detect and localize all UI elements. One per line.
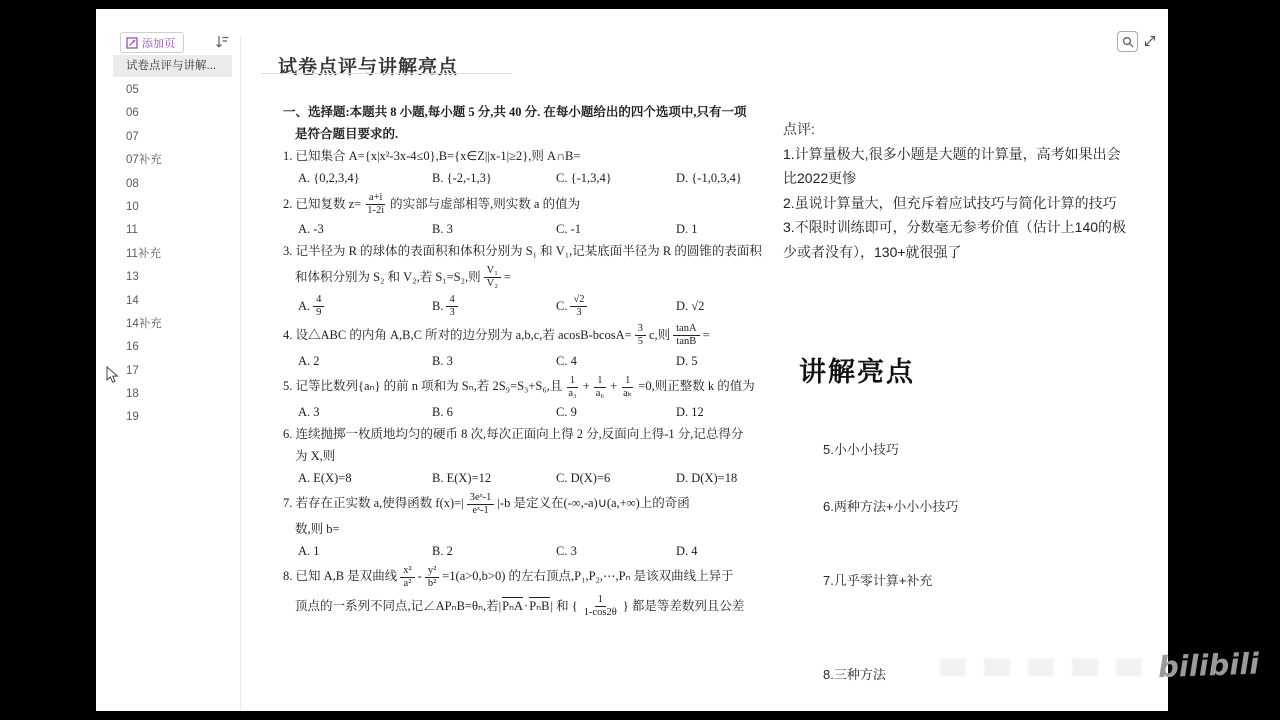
exam-option: C. √23 (556, 293, 676, 320)
exam-option: B. {-2,-1,3} (432, 170, 556, 188)
exam-option: B. 2 (432, 543, 556, 561)
sidebar-page-item[interactable]: 16 (96, 336, 240, 359)
faint-watermark (940, 658, 1155, 676)
exam-option: D. D(X)=18 (676, 470, 737, 488)
math-fraction: x²a² (400, 565, 414, 590)
math-text: B. 3 (432, 221, 453, 239)
math-text: C. 4 (556, 353, 577, 371)
exam-option: B. 43 (432, 293, 556, 320)
math-text: } 都是等差数列且公差 (623, 598, 745, 616)
exam-option: D. 5 (676, 353, 698, 371)
review-comments: 点评:1.计算量极大,很多小题是大题的计算量，高考如果出会比2022更惨2.虽说… (783, 117, 1157, 264)
math-text: 6. 连续抛掷一枚质地均匀的硬币 8 次,每次正面向上得 2 分,反面向上得-1… (283, 426, 743, 444)
math-text: · (524, 598, 528, 616)
math-text: - (418, 568, 422, 586)
math-text: C. -1 (556, 221, 581, 239)
math-fraction: √23 (570, 294, 587, 319)
comment-line: 少或者没有），130+就很强了 (783, 240, 1157, 265)
math-text: A. {0,2,3,4} (298, 170, 360, 188)
exam-option: B. E(X)=12 (432, 470, 556, 488)
exam-option: D. 4 (676, 543, 698, 561)
math-fraction: y²b² (425, 565, 439, 590)
comment-line: 比2022更惨 (783, 166, 1157, 191)
math-text: D. 5 (676, 353, 698, 371)
sidebar-page-item[interactable]: 10 (96, 196, 240, 219)
sidebar-page-item[interactable]: 11 (96, 219, 240, 242)
title-underline (261, 73, 511, 74)
math-text: D. D(X)=18 (676, 470, 737, 488)
exam-line: 5. 记等比数列{aₙ} 的前 n 项和为 Sₙ,若 2S₉=S₃+S₆,且1a… (278, 374, 794, 401)
math-text: 3. 记半径为 R 的球体的表面积和体积分别为 S₁ 和 V₁,记某底面半径为 … (283, 243, 762, 261)
exam-option: D. 12 (676, 404, 704, 422)
comment-line: 3.不限时训练即可，分数毫无参考价值（估计上140的极 (783, 215, 1157, 240)
math-text: B. E(X)=12 (432, 470, 491, 488)
math-text: B. 2 (432, 543, 453, 561)
math-text: =0,则正整数 k 的值为 (638, 378, 754, 396)
math-vector: PₙA (502, 597, 523, 616)
exam-option-row: A. 49B. 43C. √23D. √2 (278, 293, 794, 320)
math-text: |-b 是定义在(-∞,-a)∪(a,+∞)上的奇函 (497, 495, 689, 513)
exam-option: A. 2 (298, 353, 432, 371)
math-text: 一、选择题:本题共 8 小题,每小题 5 分,共 40 分. 在每小题给出的四个… (283, 104, 747, 122)
exam-line: 顶点的一系列不同点,记∠APₙB=θₙ,若|PₙA·PₙB| 和 {11-cos… (278, 593, 794, 620)
math-text: =1(a>0,b>0) 的左右顶点,P₁,P₂,⋯,Pₙ 是该双曲线上异于 (442, 568, 733, 586)
math-vector: PₙB (529, 597, 549, 616)
math-fraction: a+i1-2i (364, 192, 387, 217)
expand-icon[interactable] (1142, 33, 1158, 49)
exam-option: C. D(X)=6 (556, 470, 676, 488)
exam-option: B. 6 (432, 404, 556, 422)
math-text: 4. 设△ABC 的内角 A,B,C 所对的边分别为 a,b,c,若 acosB… (283, 327, 632, 345)
exam-option: C. 3 (556, 543, 676, 561)
math-text: c,则 (649, 327, 670, 345)
math-text: 和体积分别为 S₂ 和 V₂,若 S₁=S₂,则 (295, 269, 481, 287)
math-text: 为 X,则 (295, 448, 335, 466)
exam-option: A. -3 (298, 221, 432, 239)
exam-option: D. √2 (676, 298, 704, 316)
math-text: A. (298, 298, 310, 316)
math-text: D. {-1,0,3,4} (676, 170, 742, 188)
math-text: 顶点的一系列不同点,记∠APₙB=θₙ,若| (295, 598, 501, 616)
sidebar-page-item[interactable]: 试卷点评与讲解... (113, 55, 232, 77)
video-frame: 添加页 试卷点评与讲解...05060707补充08101111补充131414… (0, 0, 1280, 720)
exam-line: 7. 若存在正实数 a,使得函数 f(x)=|3eˣ-1eˣ-1|-b 是定义在… (278, 491, 794, 518)
math-text: B. 6 (432, 404, 453, 422)
math-text: 的实部与虚部相等,则实数 a 的值为 (390, 196, 580, 214)
sidebar-page-item[interactable]: 07 (96, 126, 240, 149)
sidebar-page-item[interactable]: 14 (96, 290, 240, 313)
math-text: A. 3 (298, 404, 320, 422)
math-text: C. 9 (556, 404, 577, 422)
math-text: D. 1 (676, 221, 698, 239)
sidebar-page-item[interactable]: 13 (96, 266, 240, 289)
sidebar-page-item[interactable]: 08 (96, 173, 240, 196)
math-fraction: 1a₆ (593, 375, 607, 400)
highlight-item: 7.几乎零计算+补充 (823, 570, 932, 589)
math-text: D. 12 (676, 404, 704, 422)
exam-option: C. 4 (556, 353, 676, 371)
exam-line: 是符合题目要求的. (278, 125, 794, 145)
math-fraction: 11-cos2θ (581, 594, 620, 619)
math-text: 8. 已知 A,B 是双曲线 (283, 568, 397, 586)
math-text: C. 3 (556, 543, 577, 561)
math-text: C. D(X)=6 (556, 470, 610, 488)
exam-line: 1. 已知集合 A={x|x²-3x-4≤0},B={x∈Z||x-1|≥2},… (278, 147, 794, 167)
exam-option: B. 3 (432, 221, 556, 239)
comment-line: 2.虽说计算量大，但充斥着应试技巧与简化计算的技巧 (783, 191, 1157, 216)
exam-option: C. {-1,3,4} (556, 170, 676, 188)
edit-page-icon (126, 37, 138, 49)
exam-option: A. {0,2,3,4} (298, 170, 432, 188)
exam-option-row: A. {0,2,3,4}B. {-2,-1,3}C. {-1,3,4}D. {-… (278, 169, 794, 189)
math-text: D. √2 (676, 298, 704, 316)
exam-line: 为 X,则 (278, 447, 794, 467)
math-text: B. (432, 298, 443, 316)
math-fraction: 1a₃ (565, 375, 579, 400)
highlight-item: 5.小小小技巧 (823, 439, 899, 458)
exam-option: C. 9 (556, 404, 676, 422)
exam-line: 和体积分别为 S₂ 和 V₂,若 S₁=S₂,则V₁V₂= (278, 264, 794, 291)
math-text: A. E(X)=8 (298, 470, 352, 488)
math-text: A. -3 (298, 221, 324, 239)
exam-option-row: A. 2B. 3C. 4D. 5 (278, 352, 794, 372)
math-text: = (703, 327, 710, 345)
math-text: D. 4 (676, 543, 698, 561)
math-fraction: 35 (635, 323, 646, 348)
math-fraction: 1aₖ (620, 375, 635, 400)
add-page-label: 添加页 (142, 35, 175, 51)
sidebar-page-item[interactable]: 19 (96, 406, 240, 429)
math-fraction: 49 (313, 294, 324, 319)
math-text: = (504, 269, 511, 287)
math-fraction: 3eˣ-1eˣ-1 (467, 492, 495, 517)
sidebar-page-item[interactable]: 07补充 (96, 149, 240, 172)
search-icon[interactable] (1117, 31, 1138, 52)
comment-line: 1.计算量极大,很多小题是大题的计算量，高考如果出会 (783, 142, 1157, 167)
sidebar-page-item[interactable]: 06 (96, 102, 240, 125)
math-text: + (583, 378, 590, 396)
sidebar-page-item[interactable]: 14补充 (96, 313, 240, 336)
math-text: B. {-2,-1,3} (432, 170, 492, 188)
exam-option: A. 1 (298, 543, 432, 561)
comment-line: 点评: (783, 117, 1157, 142)
exam-option-row: A. -3B. 3C. -1D. 1 (278, 220, 794, 240)
highlight-item: 8.三种方法 (823, 664, 886, 683)
math-text: + (610, 378, 617, 396)
exam-option: A. E(X)=8 (298, 470, 432, 488)
exam-option: A. 3 (298, 404, 432, 422)
exam-line: 6. 连续抛掷一枚质地均匀的硬币 8 次,每次正面向上得 2 分,反面向上得-1… (278, 425, 794, 445)
exam-option: D. 1 (676, 221, 698, 239)
highlights-heading: 讲解亮点 (799, 350, 915, 389)
exam-option: D. {-1,0,3,4} (676, 170, 742, 188)
note-app-window: 添加页 试卷点评与讲解...05060707补充08101111补充131414… (96, 9, 1168, 711)
add-page-button[interactable]: 添加页 (120, 32, 184, 53)
math-fraction: tanAtanB (673, 323, 699, 348)
sidebar-page-item[interactable]: 11补充 (96, 243, 240, 266)
exam-line: 4. 设△ABC 的内角 A,B,C 所对的边分别为 a,b,c,若 acosB… (278, 322, 794, 349)
exam-option-row: A. 3B. 6C. 9D. 12 (278, 403, 794, 423)
math-text: 是符合题目要求的. (295, 126, 398, 144)
math-fraction: 43 (446, 294, 457, 319)
math-text: C. (556, 298, 567, 316)
sidebar-divider (240, 37, 241, 711)
math-text: 数,则 b= (295, 521, 340, 539)
exam-option: C. -1 (556, 221, 676, 239)
math-text: 7. 若存在正实数 a,使得函数 f(x)=| (283, 495, 464, 513)
math-text: B. 3 (432, 353, 453, 371)
exam-line: 3. 记半径为 R 的球体的表面积和体积分别为 S₁ 和 V₁,记某底面半径为 … (278, 242, 794, 262)
bilibili-watermark: bilibili (1157, 646, 1278, 684)
math-text: A. 2 (298, 353, 320, 371)
math-text: A. 1 (298, 543, 320, 561)
exam-option: A. 49 (298, 293, 432, 320)
math-text: 5. 记等比数列{aₙ} 的前 n 项和为 Sₙ,若 2S₉=S₃+S₆,且 (283, 378, 562, 396)
math-text: 1. 已知集合 A={x|x²-3x-4≤0},B={x∈Z||x-1|≥2},… (283, 148, 580, 166)
math-text: C. {-1,3,4} (556, 170, 612, 188)
exam-paper-image: 一、选择题:本题共 8 小题,每小题 5 分,共 40 分. 在每小题给出的四个… (278, 103, 794, 622)
exam-option-row: A. E(X)=8B. E(X)=12C. D(X)=6D. D(X)=18 (278, 469, 794, 489)
highlight-item: 6.两种方法+小小小技巧 (823, 496, 958, 515)
exam-line: 8. 已知 A,B 是双曲线x²a²-y²b²=1(a>0,b>0) 的左右顶点… (278, 564, 794, 591)
exam-option-row: A. 1B. 2C. 3D. 4 (278, 542, 794, 562)
exam-option: B. 3 (432, 353, 556, 371)
page-title: 试卷点评与讲解亮点 (278, 52, 458, 79)
exam-line: 一、选择题:本题共 8 小题,每小题 5 分,共 40 分. 在每小题给出的四个… (278, 103, 794, 123)
math-text: | 和 { (551, 598, 578, 616)
sidebar-page-item[interactable]: 05 (96, 79, 240, 102)
exam-line: 数,则 b= (278, 520, 794, 540)
math-fraction: V₁V₂ (484, 265, 501, 290)
sort-pages-icon[interactable] (213, 33, 231, 51)
mouse-cursor (106, 366, 120, 389)
math-text: 2. 已知复数 z= (283, 196, 361, 214)
exam-line: 2. 已知复数 z=a+i1-2i的实部与虚部相等,则实数 a 的值为 (278, 191, 794, 218)
